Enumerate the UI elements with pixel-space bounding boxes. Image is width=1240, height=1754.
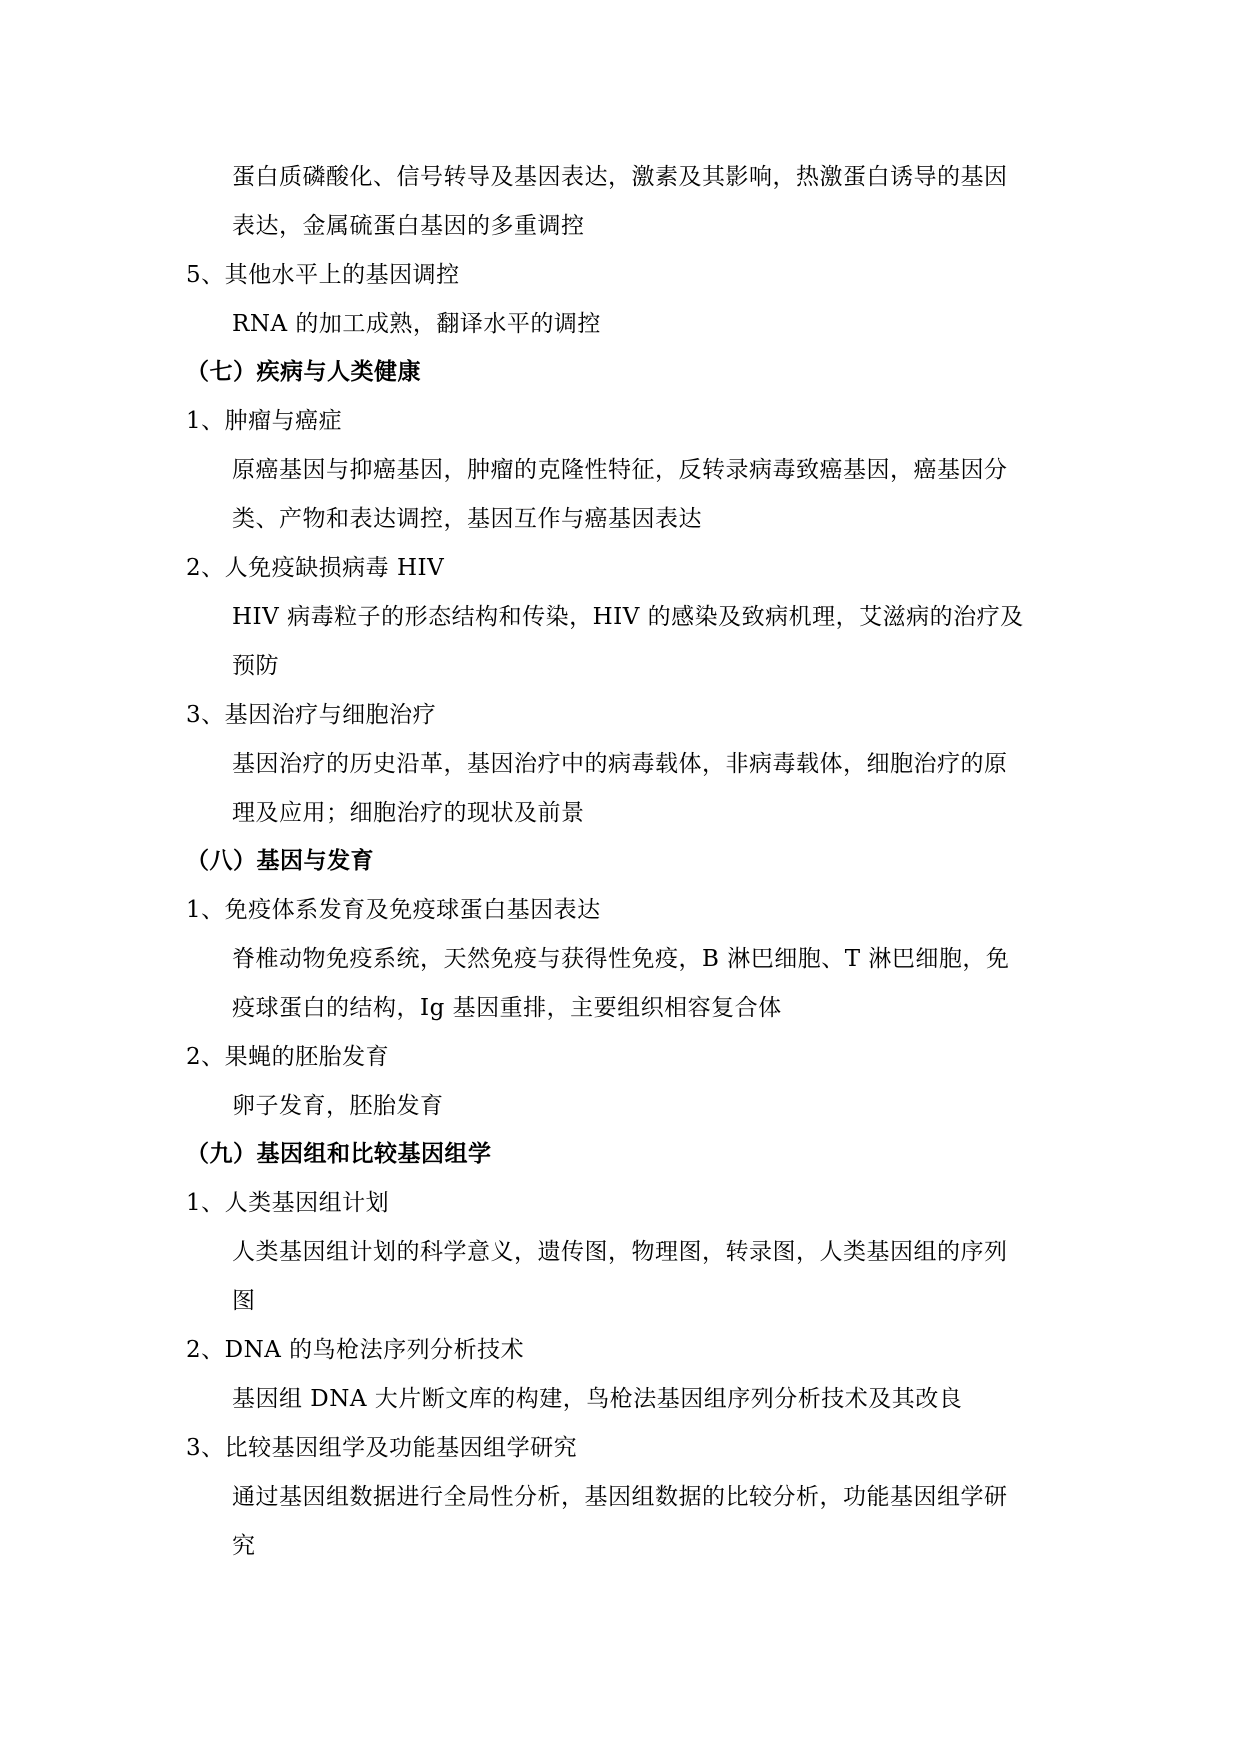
body-text: 理及应用；细胞治疗的现状及前景 <box>232 798 585 828</box>
body-text: 脊椎动物免疫系统，天然免疫与获得性免疫，B 淋巴细胞、T 淋巴细胞，免 <box>232 944 1009 974</box>
list-item-heading: 2、果蝇的胚胎发育 <box>186 1042 389 1072</box>
body-text: 基因组 DNA 大片断文库的构建，鸟枪法基因组序列分析技术及其改良 <box>232 1384 962 1414</box>
body-text: 预防 <box>232 651 279 681</box>
list-item-heading: 3、比较基因组学及功能基因组学研究 <box>186 1433 577 1463</box>
body-text: 卵子发育，胚胎发育 <box>232 1091 444 1121</box>
body-text: 蛋白质磷酸化、信号转导及基因表达，激素及其影响，热激蛋白诱导的基因 <box>232 162 1008 192</box>
body-text: HIV 病毒粒子的形态结构和传染，HIV 的感染及致病机理，艾滋病的治疗及 <box>232 602 1024 632</box>
body-text: 究 <box>232 1531 256 1561</box>
list-item-heading: 1、肿瘤与癌症 <box>186 406 342 436</box>
body-text: 图 <box>232 1286 256 1316</box>
body-text: 表达，金属硫蛋白基因的多重调控 <box>232 211 585 241</box>
body-text: 原癌基因与抑癌基因，肿瘤的克隆性特征，反转录病毒致癌基因，癌基因分 <box>232 455 1008 485</box>
section-heading: （八）基因与发育 <box>186 846 374 876</box>
body-text: 类、产物和表达调控，基因互作与癌基因表达 <box>232 504 702 534</box>
body-text: RNA 的加工成熟，翻译水平的调控 <box>232 309 601 339</box>
document-page: 蛋白质磷酸化、信号转导及基因表达，激素及其影响，热激蛋白诱导的基因 表达，金属硫… <box>0 0 1240 1754</box>
list-item-heading: 2、人免疫缺损病毒 HIV <box>186 553 444 583</box>
section-heading: （七）疾病与人类健康 <box>186 357 421 387</box>
list-item-heading: 5、其他水平上的基因调控 <box>186 260 460 290</box>
list-item-heading: 1、人类基因组计划 <box>186 1188 389 1218</box>
body-text: 人类基因组计划的科学意义，遗传图，物理图，转录图，人类基因组的序列 <box>232 1237 1008 1267</box>
section-heading: （九）基因组和比较基因组学 <box>186 1139 492 1169</box>
list-item-heading: 3、基因治疗与细胞治疗 <box>186 700 436 730</box>
list-item-heading: 1、免疫体系发育及免疫球蛋白基因表达 <box>186 895 601 925</box>
body-text: 疫球蛋白的结构，Ig 基因重排，主要组织相容复合体 <box>232 993 782 1023</box>
list-item-heading: 2、DNA 的鸟枪法序列分析技术 <box>186 1335 524 1365</box>
body-text: 通过基因组数据进行全局性分析，基因组数据的比较分析，功能基因组学研 <box>232 1482 1008 1512</box>
body-text: 基因治疗的历史沿革，基因治疗中的病毒载体，非病毒载体，细胞治疗的原 <box>232 749 1008 779</box>
